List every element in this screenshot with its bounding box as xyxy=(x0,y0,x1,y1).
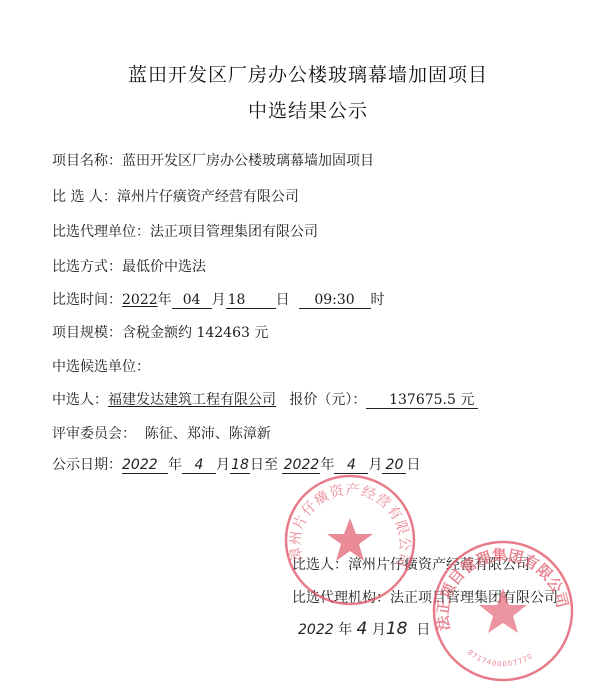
sig-date-year-unit: 年 xyxy=(338,622,352,638)
svg-text:8717400007770: 8717400007770 xyxy=(466,648,535,668)
field-scale: 项目规模：含税金额约 142463 元 xyxy=(52,322,268,342)
field-label: 公示日期： xyxy=(52,457,122,473)
time-month-unit: 月 xyxy=(212,292,226,308)
seal-code: 8717400007770 xyxy=(466,648,535,668)
field-label: 中选人： xyxy=(52,392,108,408)
winner-name: 福建发达建筑工程有限公司 xyxy=(108,392,276,408)
sig-date-month: 4 xyxy=(357,619,368,639)
time-day-unit: 日 xyxy=(276,292,290,308)
time-year-unit: 年 xyxy=(158,292,172,308)
field-method: 比选方式：最低价中选法 xyxy=(52,256,206,276)
signature-selector: 比选人：漳州片仔癀资产经营有限公司 xyxy=(292,554,530,574)
pub-end-year: 2022 xyxy=(282,458,320,474)
field-winner: 中选人：福建发达建筑工程有限公司 报价（元）：137675.5 元 xyxy=(52,389,478,409)
time-month: 04 xyxy=(172,293,212,309)
signature-agent: 比选代理机构：法正项目管理集团有限公司 xyxy=(292,587,558,607)
pub-end-month: 4 xyxy=(334,458,368,474)
field-label: 评审委员会： xyxy=(52,426,136,442)
document-title-line1: 蓝田开发区厂房办公楼玻璃幕墙加固项目 xyxy=(0,60,616,87)
pub-end-month-unit: 月 xyxy=(368,457,382,473)
field-selector: 比 选 人：漳州片仔癀资产经营有限公司 xyxy=(52,186,299,206)
field-value: 最低价中选法 xyxy=(122,259,206,275)
field-value: 含税金额约 142463 元 xyxy=(122,325,268,341)
field-label: 比选代理单位： xyxy=(52,224,150,240)
field-value: 法正项目管理集团有限公司 xyxy=(150,224,318,240)
field-value: 漳州片仔癀资产经营有限公司 xyxy=(117,189,299,205)
time-day: 18 xyxy=(226,293,276,309)
pub-end-day-unit: 日 xyxy=(406,457,420,473)
pub-start-month: 4 xyxy=(182,458,216,474)
field-project-name: 项目名称：蓝田开发区厂房办公楼玻璃幕墙加固项目 xyxy=(52,150,374,170)
sig-value: 法正项目管理集团有限公司 xyxy=(390,590,558,606)
pub-day-unit: 日至 xyxy=(250,457,278,473)
time-year: 2022 xyxy=(122,292,158,308)
field-time: 比选时间：2022年04月18日 09:30时 xyxy=(52,289,385,309)
field-value: 蓝田开发区厂房办公楼玻璃幕墙加固项目 xyxy=(122,153,374,169)
field-candidates: 中选候选单位： xyxy=(52,356,150,376)
field-label: 比 选 人： xyxy=(52,189,117,205)
field-value: 陈征、郑沛、陈漳新 xyxy=(145,426,271,442)
field-label: 中选候选单位： xyxy=(52,359,150,375)
time-hour: 09:30 xyxy=(299,293,371,309)
sig-date-year: 2022 xyxy=(298,622,334,638)
price-value: 137675.5 元 xyxy=(366,393,478,409)
field-label: 比选方式： xyxy=(52,259,122,275)
sig-value: 漳州片仔癀资产经营有限公司 xyxy=(348,557,530,573)
signature-date: 2022 年 4 月18 日 xyxy=(298,619,430,639)
time-hour-unit: 时 xyxy=(371,292,385,308)
pub-end-day: 20 xyxy=(382,458,406,474)
field-committee: 评审委员会： 陈征、郑沛、陈漳新 xyxy=(52,423,271,443)
field-publicity-date: 公示日期：2022年4月18日至 2022年4月20日 xyxy=(52,454,420,474)
field-label: 比选时间： xyxy=(52,292,122,308)
field-label: 项目名称： xyxy=(52,153,122,169)
field-label: 项目规模： xyxy=(52,325,122,341)
document-title-line2: 中选结果公示 xyxy=(0,96,616,123)
sig-date-day-unit: 日 xyxy=(416,622,430,638)
field-agent: 比选代理单位：法正项目管理集团有限公司 xyxy=(52,221,318,241)
sig-date-month-unit: 月 xyxy=(372,622,386,638)
pub-year-unit: 年 xyxy=(168,457,182,473)
pub-month-unit: 月 xyxy=(216,457,230,473)
pub-end-year-unit: 年 xyxy=(320,457,334,473)
pub-start-year: 2022 xyxy=(122,458,168,474)
sig-label: 比选代理机构： xyxy=(292,590,390,606)
price-label: 报价（元）： xyxy=(289,392,366,408)
sig-date-day: 18 xyxy=(386,619,408,639)
pub-start-day: 18 xyxy=(230,458,250,474)
sig-label: 比选人： xyxy=(292,557,348,573)
